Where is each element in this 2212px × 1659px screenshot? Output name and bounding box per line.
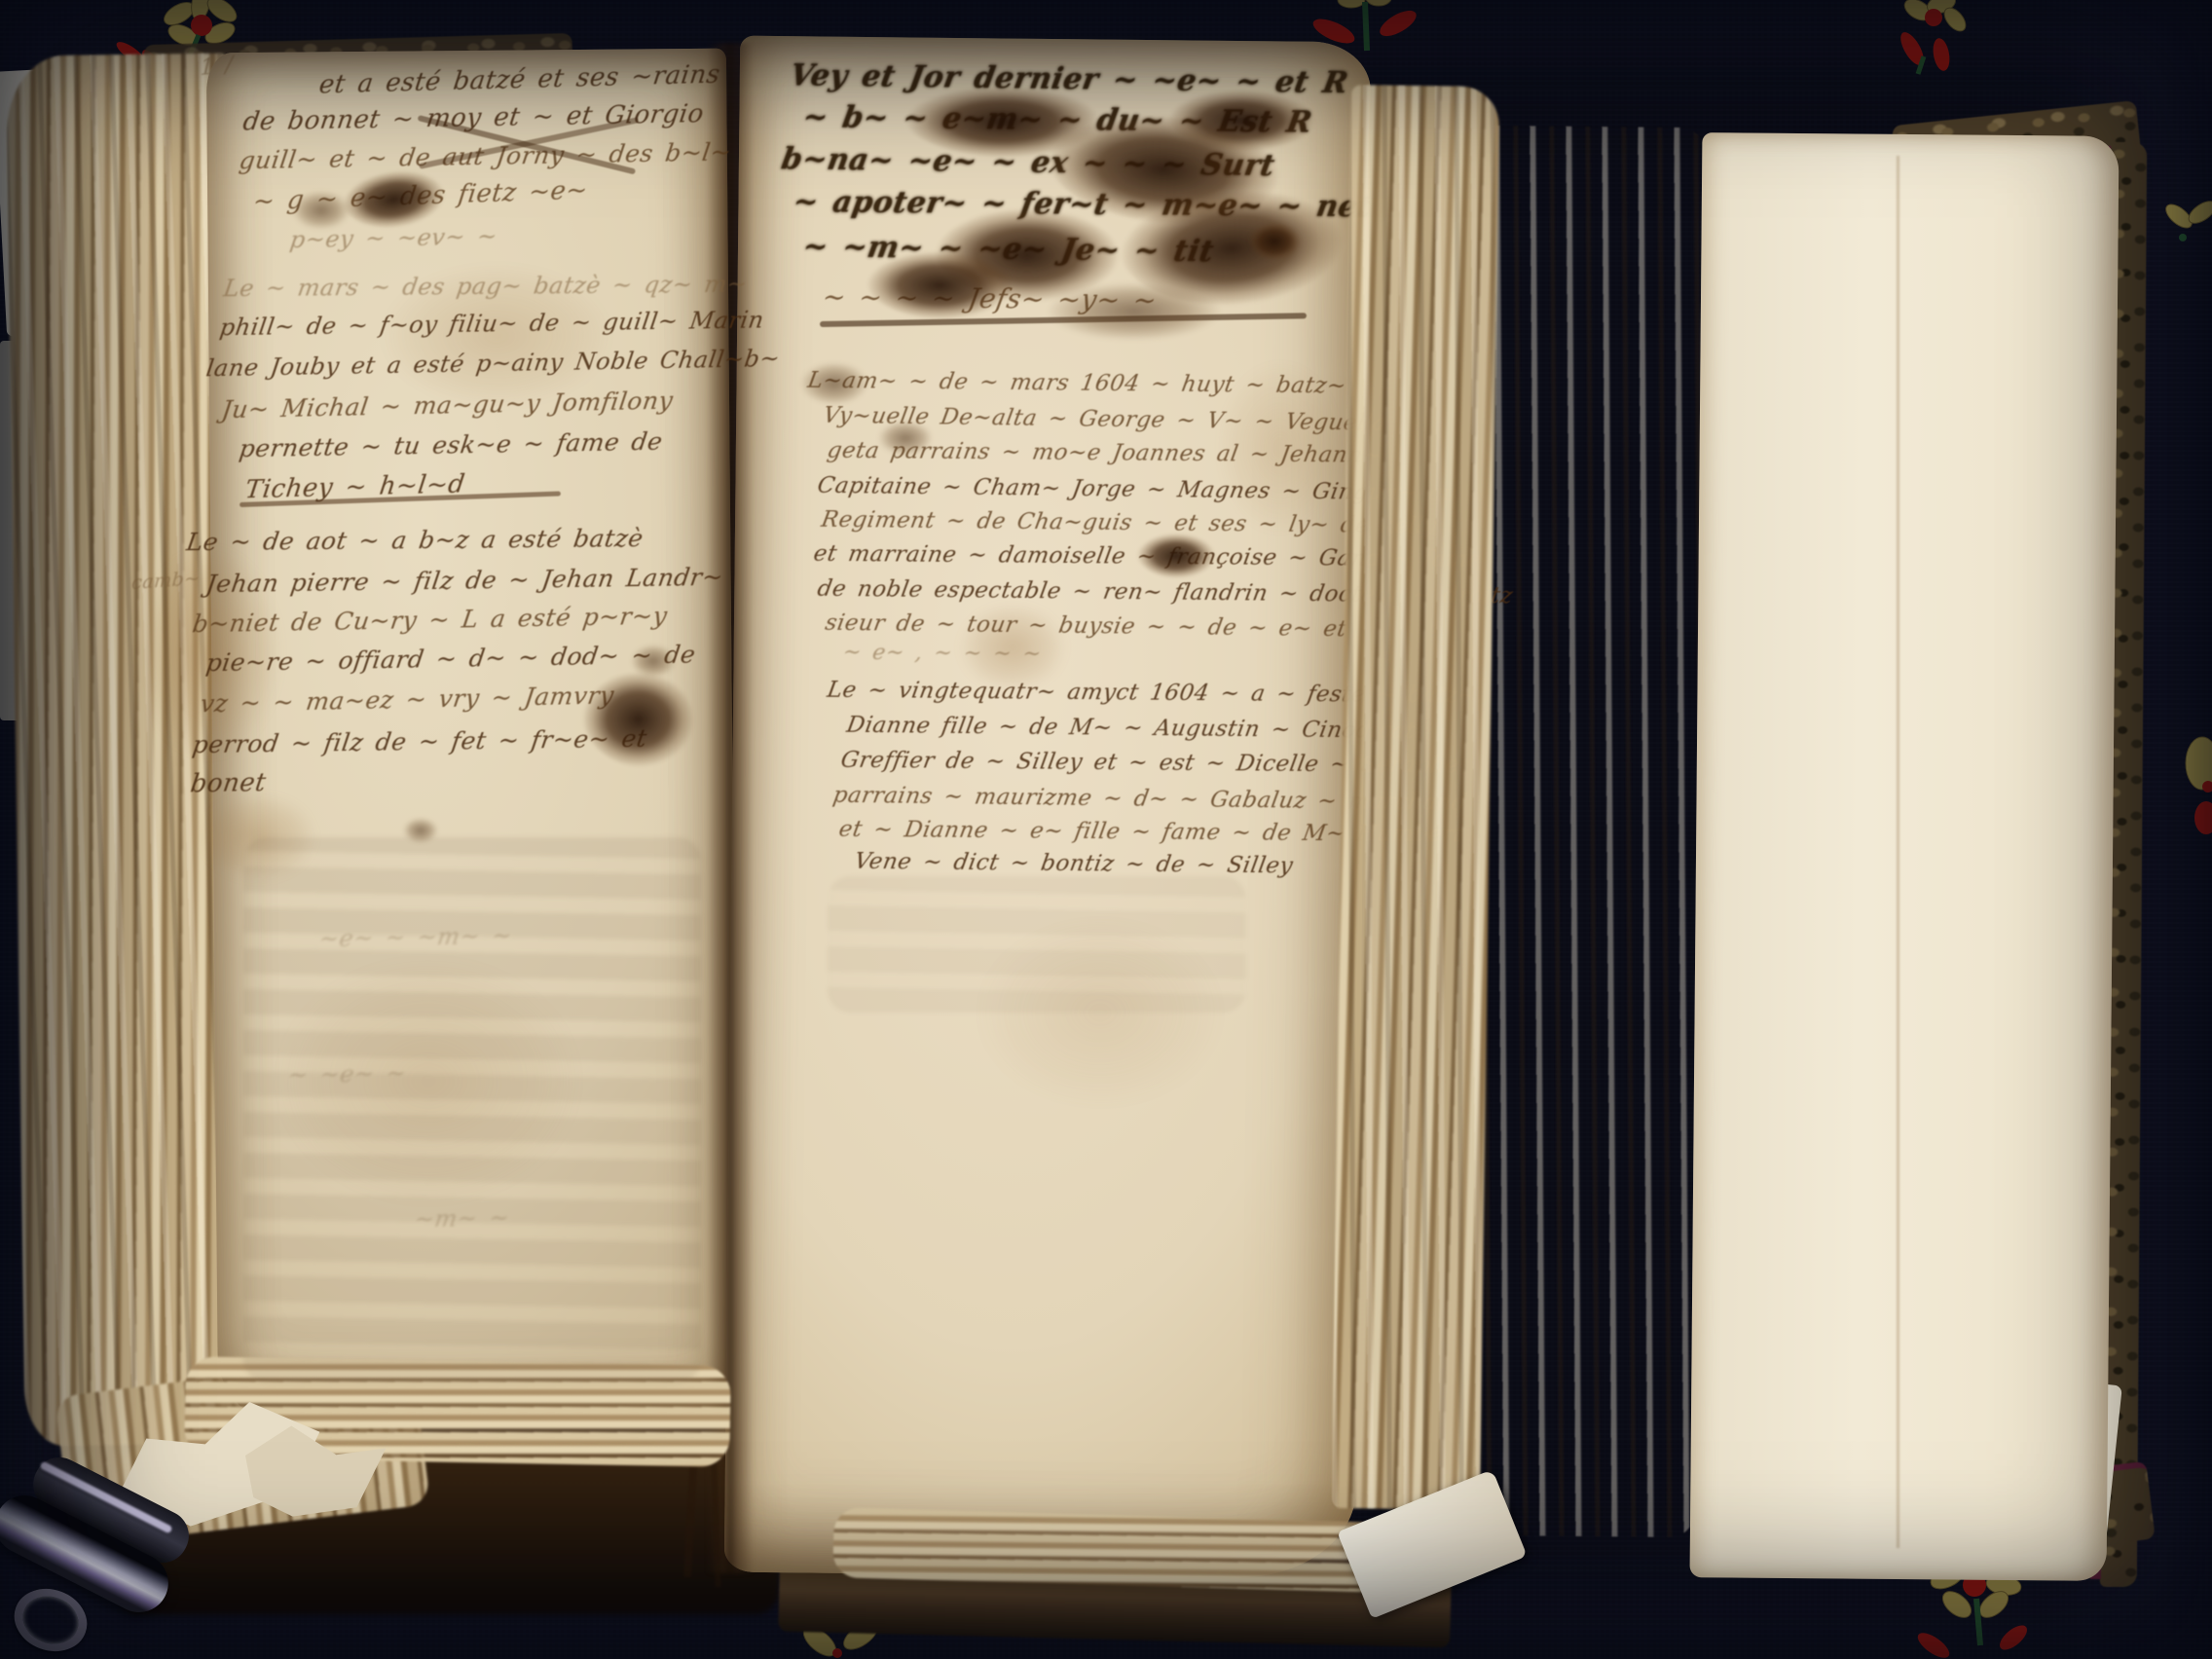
photo-canvas: 1 / camb~ et a esté batzé et ses ~rains … [0,0,2212,1659]
manuscript-line: Le ~ mars ~ des pag~ batzè ~ qz~ m~ [222,270,750,302]
clean-pages-seam [1897,156,1899,1548]
ghost-line: ~m~ ~ [413,1203,511,1233]
ghost-line: ~ ~e~ ~ [286,1059,408,1088]
wrinkled-leaf-column-texture [1467,126,1708,1537]
manuscript-line: bonet [189,768,269,798]
manuscript-line: ~ e~ , ~ ~ ~ ~ [841,641,1044,667]
margin-mark: 1 / [200,53,234,81]
bleed-through-right [828,876,1246,1013]
embroidered-flower-right-partial [2179,722,2212,839]
clean-pages-column [1690,132,2120,1581]
manuscript-line: Le ~ de aot ~ a b~z a esté batzè [185,524,645,556]
embroidered-leaves-right-edge [2154,201,2212,251]
right-page-frayed-edge-texture [1332,85,1499,1510]
ghost-line: ~e~ ~ ~m~ ~ [317,922,514,953]
bleed-through-left [243,837,701,1382]
manuscript-line: Vene ~ dict ~ bontiz ~ de ~ Silley [853,849,1296,879]
